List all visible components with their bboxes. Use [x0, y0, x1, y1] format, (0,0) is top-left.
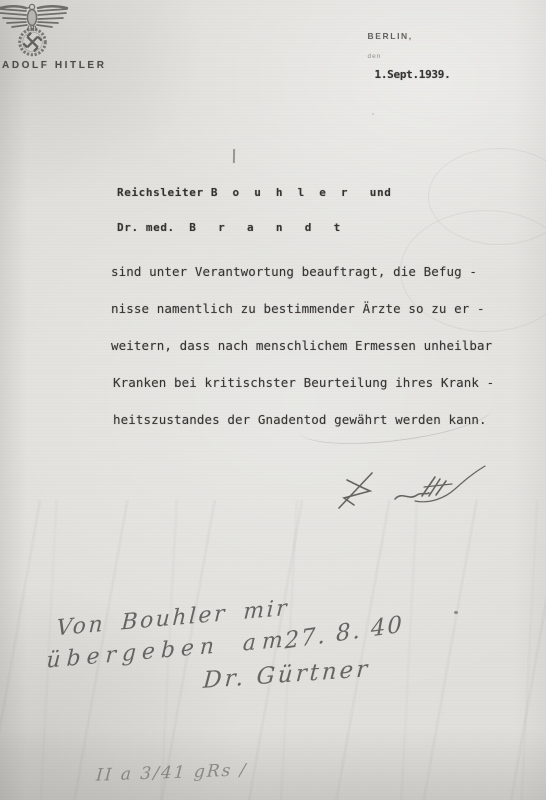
recipient-line-1: Reichsleiter B o u h l e r und — [117, 186, 391, 199]
annotation-signoff: Dr. Gürtner — [202, 656, 371, 694]
body-line: heitszustandes der Gnadentod gewährt wer… — [113, 412, 487, 427]
recipient-line-2: Dr. med. B r a n d t — [117, 221, 341, 234]
body-line: sind unter Verantwortung beauftragt, die… — [111, 264, 477, 279]
body-line: weitern, dass nach menschlichem Ermessen… — [111, 338, 492, 353]
dateline-date: 1.Sept.1939. — [375, 68, 451, 81]
dateline: BERLIN, den 1.Sept.1939. — [329, 6, 450, 101]
ink-speck — [454, 611, 458, 614]
dateline-preposition: den — [368, 53, 382, 60]
reichsadler-emblem-icon — [0, 2, 70, 60]
document-photo: ADOLF HITLER BERLIN, den 1.Sept.1939. Re… — [0, 0, 546, 800]
annotation-date: 27. 8. 40 — [285, 611, 404, 654]
body-line: nisse namentlich zu bestimmender Ärzte s… — [111, 301, 485, 316]
body-line: Kranken bei kritischster Beurteilung ihr… — [113, 375, 494, 390]
paper-crease — [428, 148, 546, 245]
dateline-place: BERLIN, — [368, 31, 413, 41]
signature-ink-strokes — [325, 458, 493, 522]
letterhead-sender-name: ADOLF HITLER — [2, 60, 107, 71]
ink-speck — [372, 113, 374, 115]
stray-typed-mark — [233, 149, 235, 163]
file-reference: II a 3/41 gRs / — [95, 760, 248, 785]
